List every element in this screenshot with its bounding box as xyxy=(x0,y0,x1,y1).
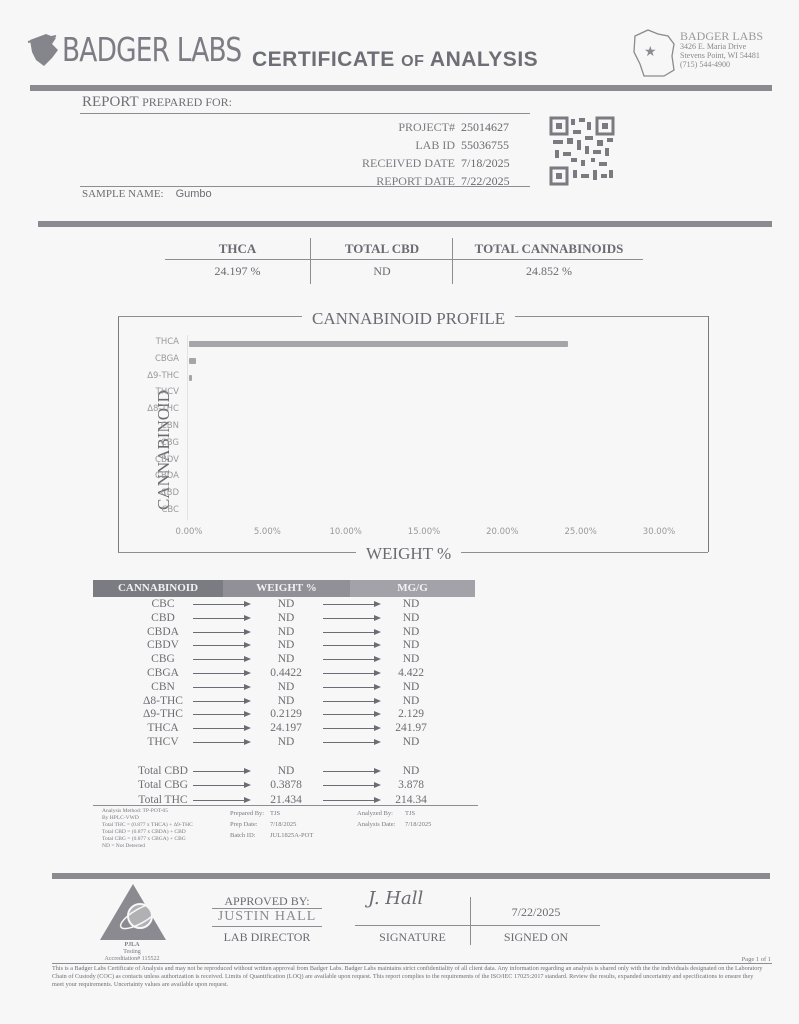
disclaimer: This is a Badger Labs Certificate of Ana… xyxy=(52,965,764,989)
mg-value: ND xyxy=(366,653,456,665)
header-rule xyxy=(30,85,772,91)
chart-category-label: THCV xyxy=(156,387,179,397)
table-row: Total CBDNDND xyxy=(93,765,475,779)
table-row: Total CBG0.38783.878 xyxy=(93,779,475,793)
weight-value: 0.3878 xyxy=(241,779,331,791)
weight-value: ND xyxy=(241,639,331,651)
accreditation-text: PJLA Testing Accreditation# 115522 xyxy=(92,942,172,963)
mg-value: ND xyxy=(366,681,456,693)
table-row: CBCNDND xyxy=(93,598,475,612)
divider xyxy=(165,259,643,260)
chart-x-tick: 15.00% xyxy=(408,527,440,537)
chart-category-label: CBC xyxy=(161,505,179,515)
badger-logo-icon xyxy=(26,30,60,68)
received-date-row: RECEIVED DATE7/18/2025 xyxy=(362,156,519,171)
chart-x-tick: 30.00% xyxy=(643,527,675,537)
mg-value: ND xyxy=(366,639,456,651)
chart-category-label: THCA xyxy=(156,337,179,347)
table-row: THCVNDND xyxy=(93,736,475,750)
footer-line xyxy=(52,963,772,964)
chart-x-tick: 5.00% xyxy=(254,527,281,537)
prep-info: Prepared By:TJS Prep Date:7/18/2025 Batc… xyxy=(230,808,313,841)
sample-name: SAMPLE NAME:Gumbo xyxy=(82,188,212,200)
mg-value: 241.97 xyxy=(366,722,456,734)
table-row: THCA24.197241.97 xyxy=(93,722,475,736)
chart-title: CANNABINOID PROFILE xyxy=(302,309,515,329)
chart-category-label: CBG xyxy=(161,438,179,448)
summary-thca-value: 24.197 % xyxy=(165,264,310,279)
mg-value: 4.422 xyxy=(366,667,456,679)
chart-frame xyxy=(118,316,709,552)
weight-value: ND xyxy=(241,626,331,638)
chart-bar xyxy=(189,341,568,347)
divider xyxy=(80,113,530,114)
table-row: CBDVNDND xyxy=(93,639,475,653)
table-row: CBDNDND xyxy=(93,612,475,626)
weight-value: ND xyxy=(241,598,331,610)
divider xyxy=(355,925,600,926)
divider xyxy=(212,926,322,927)
divider xyxy=(310,238,311,284)
weight-value: 0.4422 xyxy=(241,667,331,679)
page-number: Page 1 of 1 xyxy=(742,956,771,963)
summary-total-cannabinoids-label: TOTAL CANNABINOIDS xyxy=(454,241,644,257)
section-rule xyxy=(38,221,772,227)
qr-code-icon[interactable] xyxy=(549,116,615,186)
signed-date: 7/22/2025 xyxy=(472,905,600,920)
chart-x-tick: 20.00% xyxy=(486,527,518,537)
chart-category-label: CBDV xyxy=(155,455,179,465)
chart-category-label: CBDA xyxy=(155,471,179,481)
analysis-info: Analyzed By:TJS Analysis Date:7/18/2025 xyxy=(357,808,431,830)
chart-category-label: CBD xyxy=(161,488,179,498)
mg-value: ND xyxy=(366,736,456,748)
lab-id-row: LAB ID55036755 xyxy=(415,138,519,153)
chart-x-tick: 25.00% xyxy=(564,527,596,537)
col-weight: WEIGHT % xyxy=(223,580,350,597)
weight-value: ND xyxy=(241,612,331,624)
mg-value: ND xyxy=(366,765,456,777)
chart-category-label: Δ8-THC xyxy=(147,404,179,414)
weight-value: ND xyxy=(241,695,331,707)
col-cannabinoid: CANNABINOID xyxy=(93,580,223,597)
pjla-accreditation-icon xyxy=(98,882,168,942)
chart-x-tick: 10.00% xyxy=(329,527,361,537)
chart-x-tick: 0.00% xyxy=(175,527,202,537)
mg-value: 3.878 xyxy=(366,779,456,791)
summary-total-cbd-label: TOTAL CBD xyxy=(312,241,452,257)
chart-category-label: CBGA xyxy=(155,354,179,364)
table-bottom-line xyxy=(93,805,478,806)
weight-value: ND xyxy=(241,736,331,748)
mg-value: ND xyxy=(366,695,456,707)
divider xyxy=(452,238,453,284)
mg-value: ND xyxy=(366,626,456,638)
table-row: Δ8-THCNDND xyxy=(93,695,475,709)
lab-address: BADGER LABS 3426 E. Maria Drive Stevens … xyxy=(680,30,763,69)
summary-total-cannabinoids-value: 24.852 % xyxy=(454,264,644,279)
approver-title: LAB DIRECTOR xyxy=(212,930,322,945)
weight-value: ND xyxy=(241,653,331,665)
chart-category-label: Δ9-THC xyxy=(147,371,179,381)
signature-image: J. Hall xyxy=(368,888,458,928)
weight-value: 24.197 xyxy=(241,722,331,734)
chart-bar xyxy=(189,358,196,364)
table-row: CBGNDND xyxy=(93,653,475,667)
table-row: CBNNDND xyxy=(93,681,475,695)
weight-value: 21.434 xyxy=(241,794,331,806)
weight-value: ND xyxy=(241,681,331,693)
mg-value: ND xyxy=(366,612,456,624)
wisconsin-map-icon: ★ xyxy=(630,26,680,80)
signed-on-label: SIGNED ON xyxy=(472,930,600,945)
mg-value: 2.129 xyxy=(366,708,456,720)
signature-label: SIGNATURE xyxy=(355,930,470,945)
chart-bar xyxy=(189,375,192,381)
col-mg-g: MG/G xyxy=(350,580,475,597)
approved-by-label: APPROVED BY: xyxy=(212,894,322,909)
results-table-header: CANNABINOID WEIGHT % MG/G xyxy=(93,580,475,597)
chart-y-axis xyxy=(187,335,188,520)
mg-value: ND xyxy=(366,598,456,610)
table-row: CBDANDND xyxy=(93,626,475,640)
brand-name: BADGER LABS xyxy=(62,30,241,69)
approval-rule xyxy=(52,873,770,879)
chart-x-axis-label: WEIGHT % xyxy=(356,544,461,564)
page-title: CERTIFICATE OF ANALYSIS xyxy=(252,48,538,72)
project-row: PROJECT#25014627 xyxy=(398,120,519,135)
summary-total-cbd-value: ND xyxy=(312,264,452,279)
summary-thca-label: THCA xyxy=(165,241,310,257)
chart-category-label: CBN xyxy=(161,421,179,431)
table-row: Δ9-THC0.21292.129 xyxy=(93,708,475,722)
divider xyxy=(80,186,530,187)
weight-value: 0.2129 xyxy=(241,708,331,720)
weight-value: ND xyxy=(241,765,331,777)
svg-text:★: ★ xyxy=(644,45,657,60)
divider xyxy=(470,897,471,945)
method-notes: Analysis Method: TP-POT-05By HPLC-VWDTot… xyxy=(102,808,222,850)
approver-name: JUSTIN HALL xyxy=(212,909,322,925)
table-row: CBGA0.44224.422 xyxy=(93,667,475,681)
report-prepared-for: REPORT PREPARED FOR: xyxy=(82,94,232,111)
mg-value: 214.34 xyxy=(366,794,456,806)
